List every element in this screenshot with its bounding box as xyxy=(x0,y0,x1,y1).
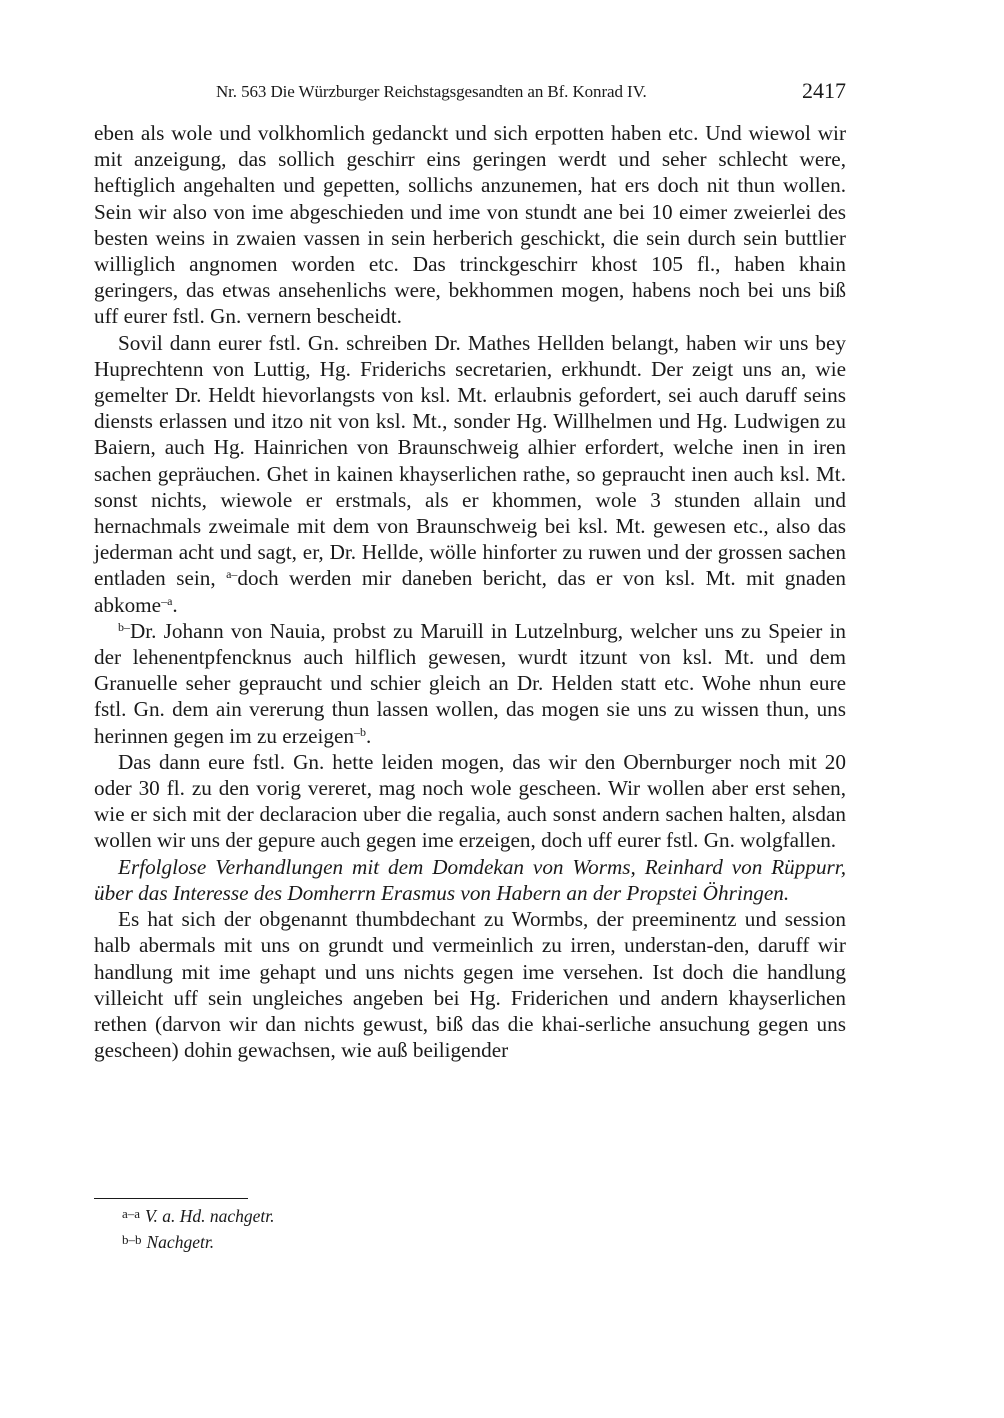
paragraph-hellden: Sovil dann eurer fstl. Gn. schreiben Dr.… xyxy=(94,330,846,618)
main-text: eben als wole und volkhomlich gedanckt u… xyxy=(94,120,846,1063)
footnote-a: a–aV. a. Hd. nachgetr. xyxy=(122,1202,275,1228)
paragraph-nauia: b–Dr. Johann von Nauia, probst zu Maruil… xyxy=(94,618,846,749)
variant-mark-open-b: b– xyxy=(118,620,130,634)
footnote-mark: a–a xyxy=(122,1206,140,1221)
footnote-b: b–bNachgetr. xyxy=(122,1228,275,1254)
editorial-summary: Erfolglose Verhandlungen mit dem Domdeka… xyxy=(94,854,846,906)
paragraph-obernburger: Das dann eure fstl. Gn. hette leiden mog… xyxy=(94,749,846,854)
footnote-text: Nachgetr. xyxy=(147,1232,215,1252)
variant-mark-close-a: –a xyxy=(161,594,172,608)
running-header: Nr. 563 Die Würzburger Reichstagsgesandt… xyxy=(94,78,846,108)
footnote-text: V. a. Hd. nachgetr. xyxy=(145,1206,274,1226)
paragraph-end: . xyxy=(172,593,177,617)
variant-mark-open-a: a– xyxy=(226,567,237,581)
paragraph-text: Sovil dann eurer fstl. Gn. schreiben Dr.… xyxy=(94,331,846,591)
variant-mark-close-b: –b xyxy=(354,725,366,739)
paragraph-continuation: eben als wole und volkhomlich gedanckt u… xyxy=(94,120,846,330)
page-number: 2417 xyxy=(802,78,846,104)
footnote-divider xyxy=(94,1198,248,1199)
footnote-mark: b–b xyxy=(122,1232,142,1247)
paragraph-wormbs: Es hat sich der obgenannt thumbdechant z… xyxy=(94,906,846,1063)
footnotes: a–aV. a. Hd. nachgetr. b–bNachgetr. xyxy=(122,1202,275,1254)
running-title: Nr. 563 Die Würzburger Reichstagsgesandt… xyxy=(216,82,647,102)
paragraph-end: . xyxy=(366,724,371,748)
variant-text-b: Dr. Johann von Nauia, probst zu Maruill … xyxy=(94,619,846,748)
